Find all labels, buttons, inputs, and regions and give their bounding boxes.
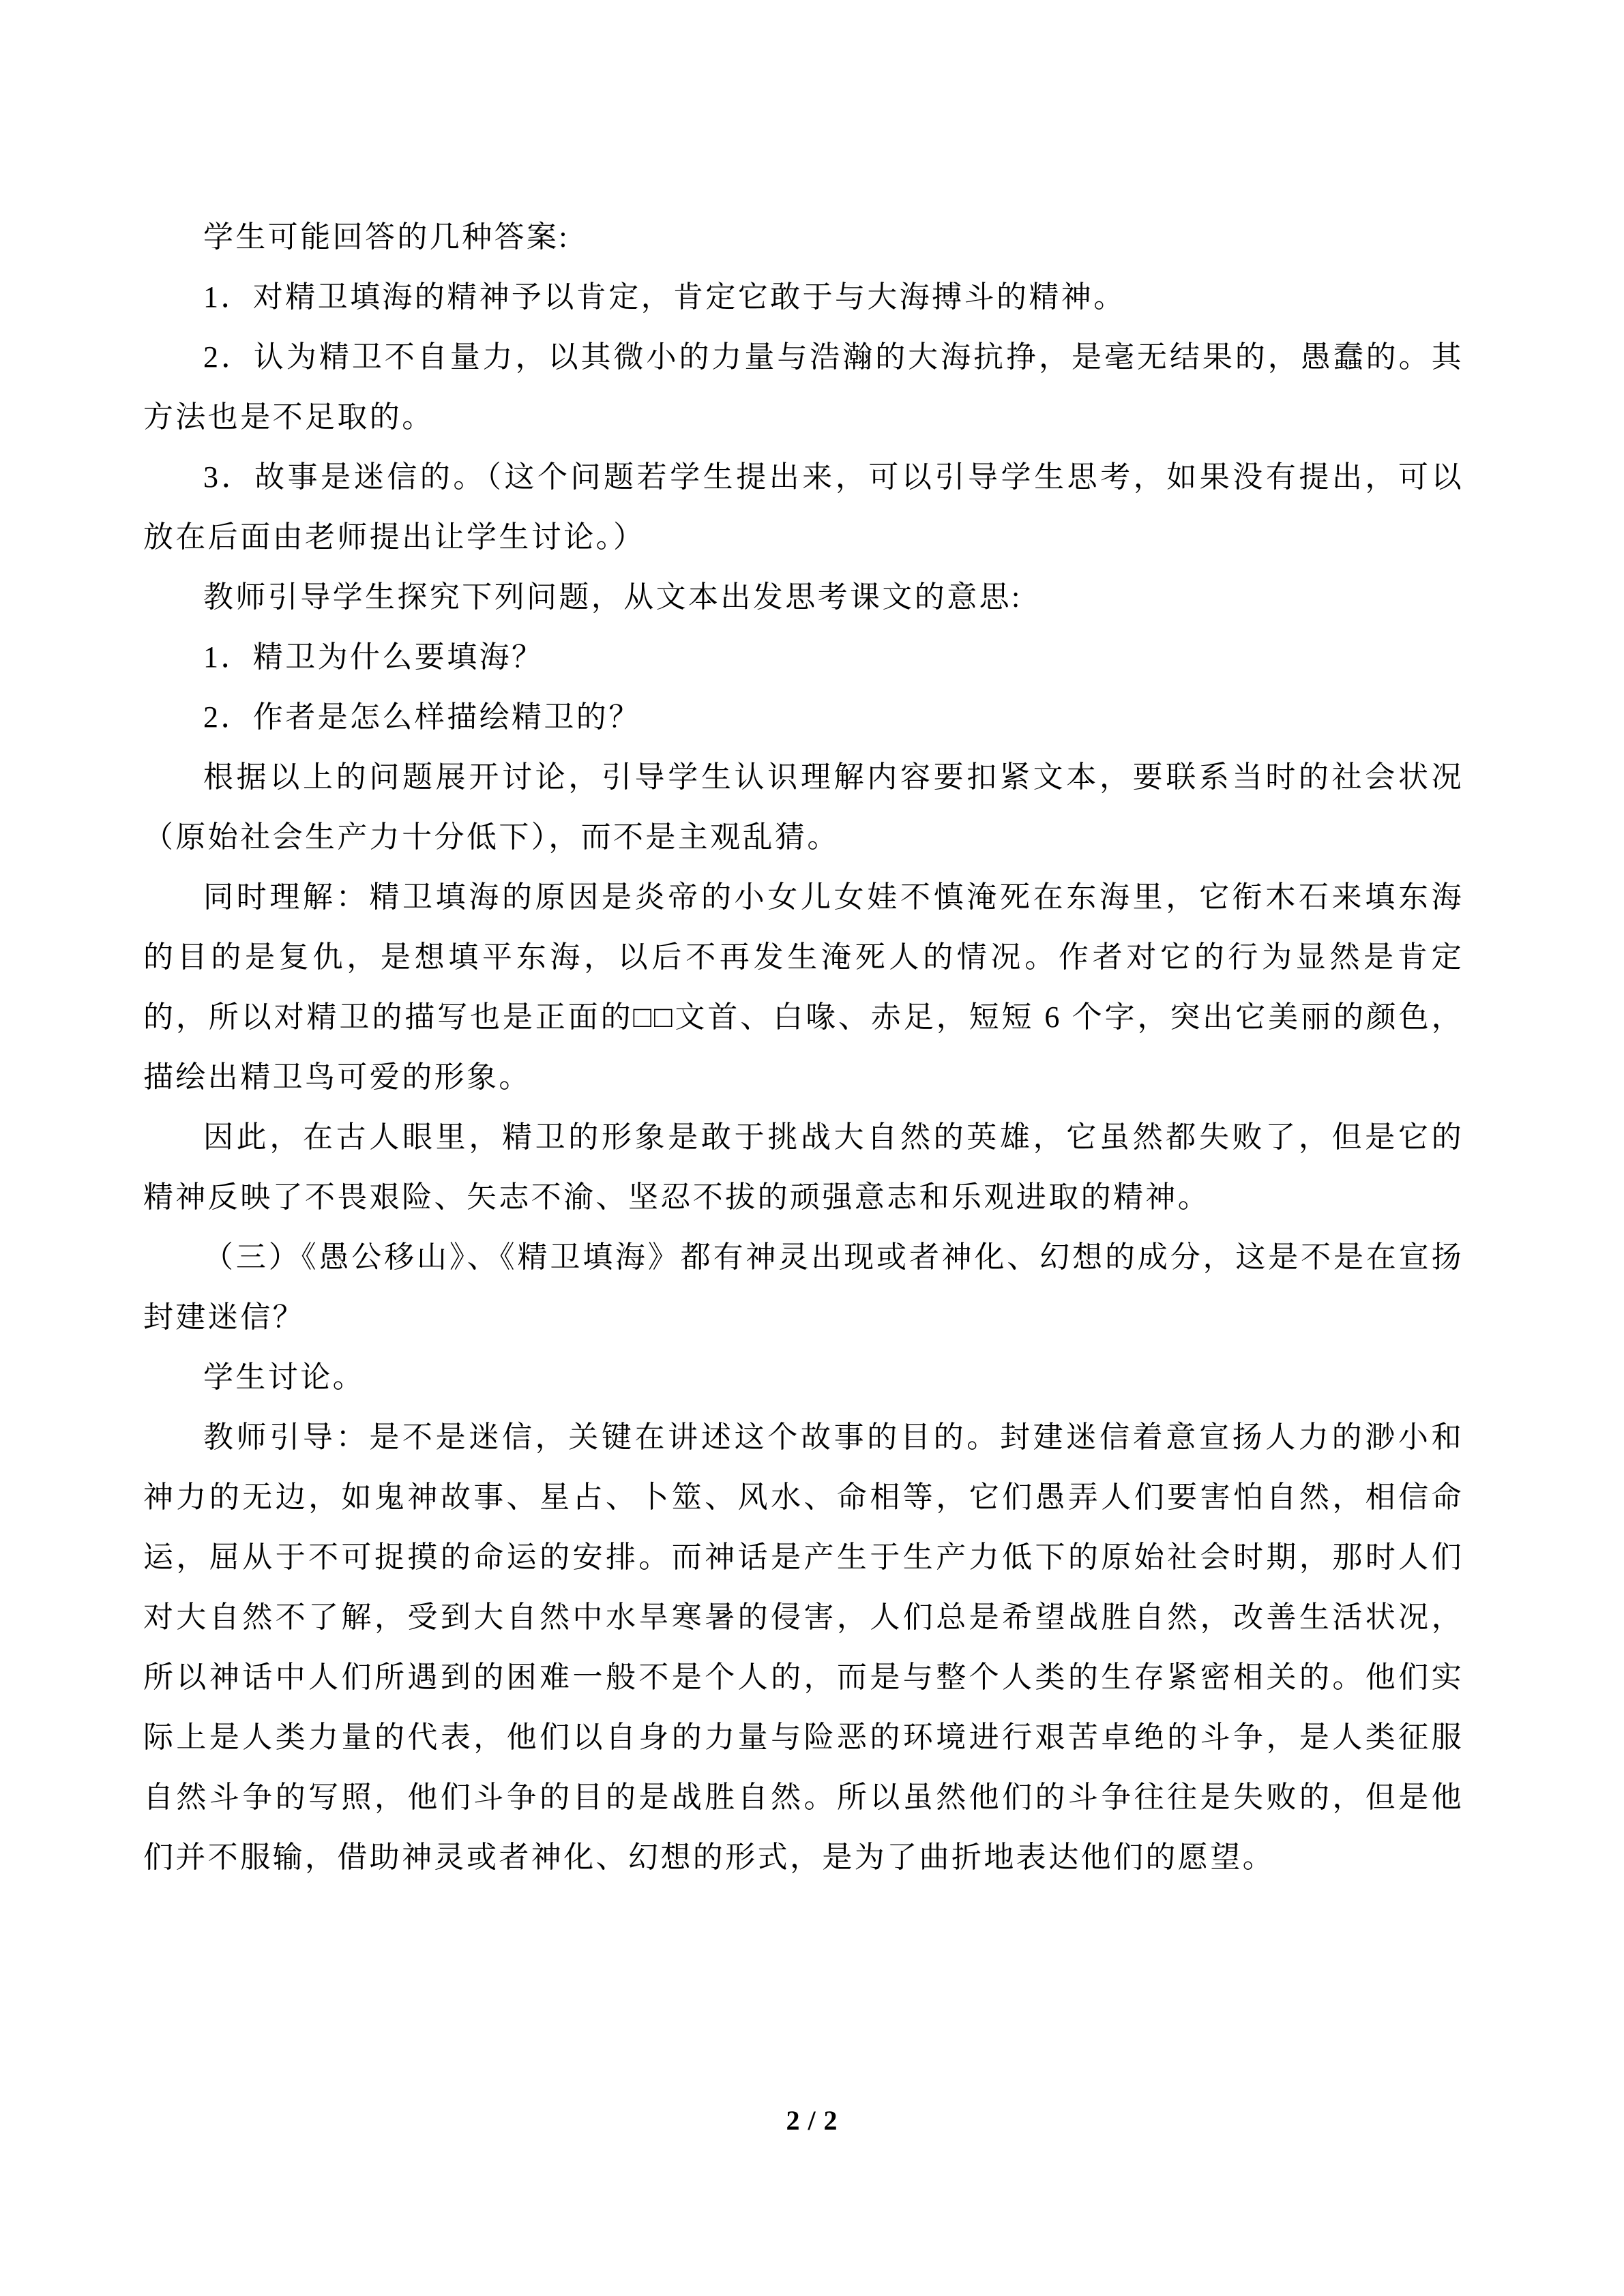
paragraph: 1．精卫为什么要填海？ [143,627,1464,687]
paragraph: 2．作者是怎么样描绘精卫的？ [143,687,1464,747]
paragraph: 1．对精卫填海的精神予以肯定，肯定它敢于与大海搏斗的精神。 [143,267,1464,327]
paragraph: 教师引导学生探究下列问题，从文本出发思考课文的意思: [143,567,1464,627]
paragraph: （三）《愚公移山》、《精卫填海》都有神灵出现或者神化、幻想的成分，这是不是在宣扬… [143,1227,1464,1347]
page: 学生可能回答的几种答案: 1．对精卫填海的精神予以肯定，肯定它敢于与大海搏斗的精… [0,0,1624,2296]
paragraph: 根据以上的问题展开讨论，引导学生认识理解内容要扣紧文本，要联系当时的社会状况（原… [143,747,1464,867]
paragraph: 教师引导：是不是迷信，关键在讲述这个故事的目的。封建迷信着意宣扬人力的渺小和神力… [143,1407,1464,1888]
page-number: 2 / 2 [786,2105,838,2136]
paragraph: 3．故事是迷信的。（这个问题若学生提出来，可以引导学生思考，如果没有提出，可以放… [143,447,1464,567]
paragraph: 同时理解：精卫填海的原因是炎帝的小女儿女娃不慎淹死在东海里，它衔木石来填东海的目… [143,867,1464,1107]
page-footer: 2 / 2 [0,2107,1624,2134]
paragraph: 学生讨论。 [143,1347,1464,1407]
paragraph: 2．认为精卫不自量力，以其微小的力量与浩瀚的大海抗挣，是毫无结果的，愚蠢的。其方… [143,327,1464,447]
document-body: 学生可能回答的几种答案: 1．对精卫填海的精神予以肯定，肯定它敢于与大海搏斗的精… [143,207,1464,1888]
paragraph: 因此，在古人眼里，精卫的形象是敢于挑战大自然的英雄，它虽然都失败了，但是它的精神… [143,1107,1464,1227]
paragraph: 学生可能回答的几种答案: [143,207,1464,267]
